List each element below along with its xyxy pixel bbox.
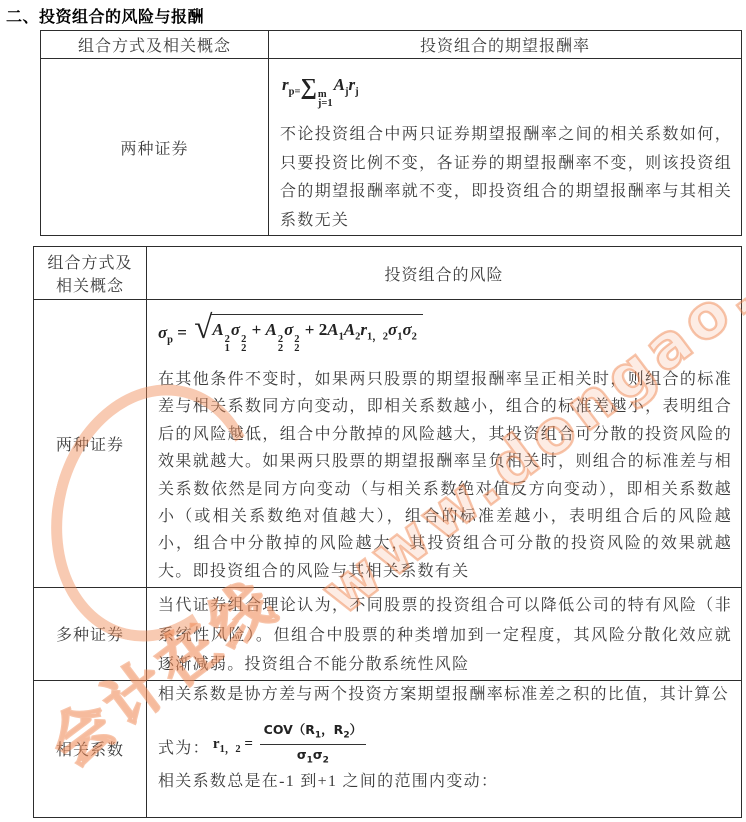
- table-row: 两种证券 rp=∑mj=1Ajrj 不论投资组合中两只证券期望报酬率之间的相关系…: [41, 59, 742, 236]
- row-label-correlation-coefficient: 相关系数: [34, 680, 147, 817]
- formula-expected-return: rp=∑mj=1Ajrj: [282, 75, 732, 108]
- cell-correlation-coefficient: 相关系数是协方差与两个投资方案期望报酬率标准差之积的比值，其计算公 式为： r1…: [147, 680, 742, 817]
- cell-expected-return-content: rp=∑mj=1Ajrj 不论投资组合中两只证券期望报酬率之间的相关系数如何，只…: [269, 59, 742, 236]
- header-cell-portfolio-risk: 投资组合的风险: [147, 247, 742, 300]
- formula-portfolio-std-dev: σp = √A21σ22 + A22σ22 + 2A1A2r1，2σ1σ2: [158, 314, 732, 353]
- correlation-formula-line: 式为： r1，2 = COV（R1，R2）σ1σ2: [158, 722, 732, 759]
- header-cell-expected-return: 投资组合的期望报酬率: [269, 31, 742, 59]
- correlation-range-text: 相关系数总是在-1 到+1 之间的范围内变动：: [158, 768, 732, 797]
- table-row: 多种证券 当代证券组合理论认为，不同股票的投资组合可以降低公司的特有风险（非系统…: [34, 588, 742, 681]
- cell-two-securities-risk: σp = √A21σ22 + A22σ22 + 2A1A2r1，2σ1σ2 在其…: [147, 300, 742, 588]
- header-cell-combination: 组合方式及相关概念: [41, 31, 269, 59]
- page-title: 二、投资组合的风险与报酬: [6, 4, 204, 27]
- risk-table: 组合方式及相关概念 投资组合的风险 两种证券 σp = √A21σ22 + A2…: [33, 246, 742, 818]
- formula-correlation-coefficient: r1，2 = COV（R1，R2）σ1σ2: [213, 722, 369, 767]
- multiple-securities-text: 当代证券组合理论认为，不同股票的投资组合可以降低公司的特有风险（非系统性风险）。…: [158, 591, 732, 680]
- correlation-intro-text: 相关系数是协方差与两个投资方案期望报酬率标准差之积的比值，其计算公: [158, 681, 732, 710]
- table-row: 两种证券 σp = √A21σ22 + A22σ22 + 2A1A2r1，2σ1…: [34, 300, 742, 588]
- formula-label: 式为：: [158, 739, 210, 759]
- table-row: 相关系数 相关系数是协方差与两个投资方案期望报酬率标准差之积的比值，其计算公 式…: [34, 680, 742, 817]
- table-header-row: 组合方式及相关概念 投资组合的风险: [34, 247, 742, 300]
- row-label-two-securities: 两种证券: [34, 300, 147, 588]
- two-securities-risk-text: 在其他条件不变时，如果两只股票的期望报酬率呈正相关时，则组合的标准差与相关系数同…: [158, 366, 732, 585]
- document-page: 二、投资组合的风险与报酬 组合方式及相关概念 投资组合的期望报酬率 两种证券 r…: [0, 0, 746, 822]
- row-label-multiple-securities: 多种证券: [34, 588, 147, 681]
- table-header-row: 组合方式及相关概念 投资组合的期望报酬率: [41, 31, 742, 59]
- cell-multiple-securities: 当代证券组合理论认为，不同股票的投资组合可以降低公司的特有风险（非系统性风险）。…: [147, 588, 742, 681]
- row-label-two-securities: 两种证券: [41, 59, 269, 236]
- expected-return-text: 不论投资组合中两只证券期望报酬率之间的相关系数如何，只要投资比例不变，各证券的期…: [280, 121, 732, 235]
- header-cell-combination: 组合方式及相关概念: [34, 247, 147, 300]
- expected-return-table: 组合方式及相关概念 投资组合的期望报酬率 两种证券 rp=∑mj=1Ajrj 不…: [40, 30, 742, 236]
